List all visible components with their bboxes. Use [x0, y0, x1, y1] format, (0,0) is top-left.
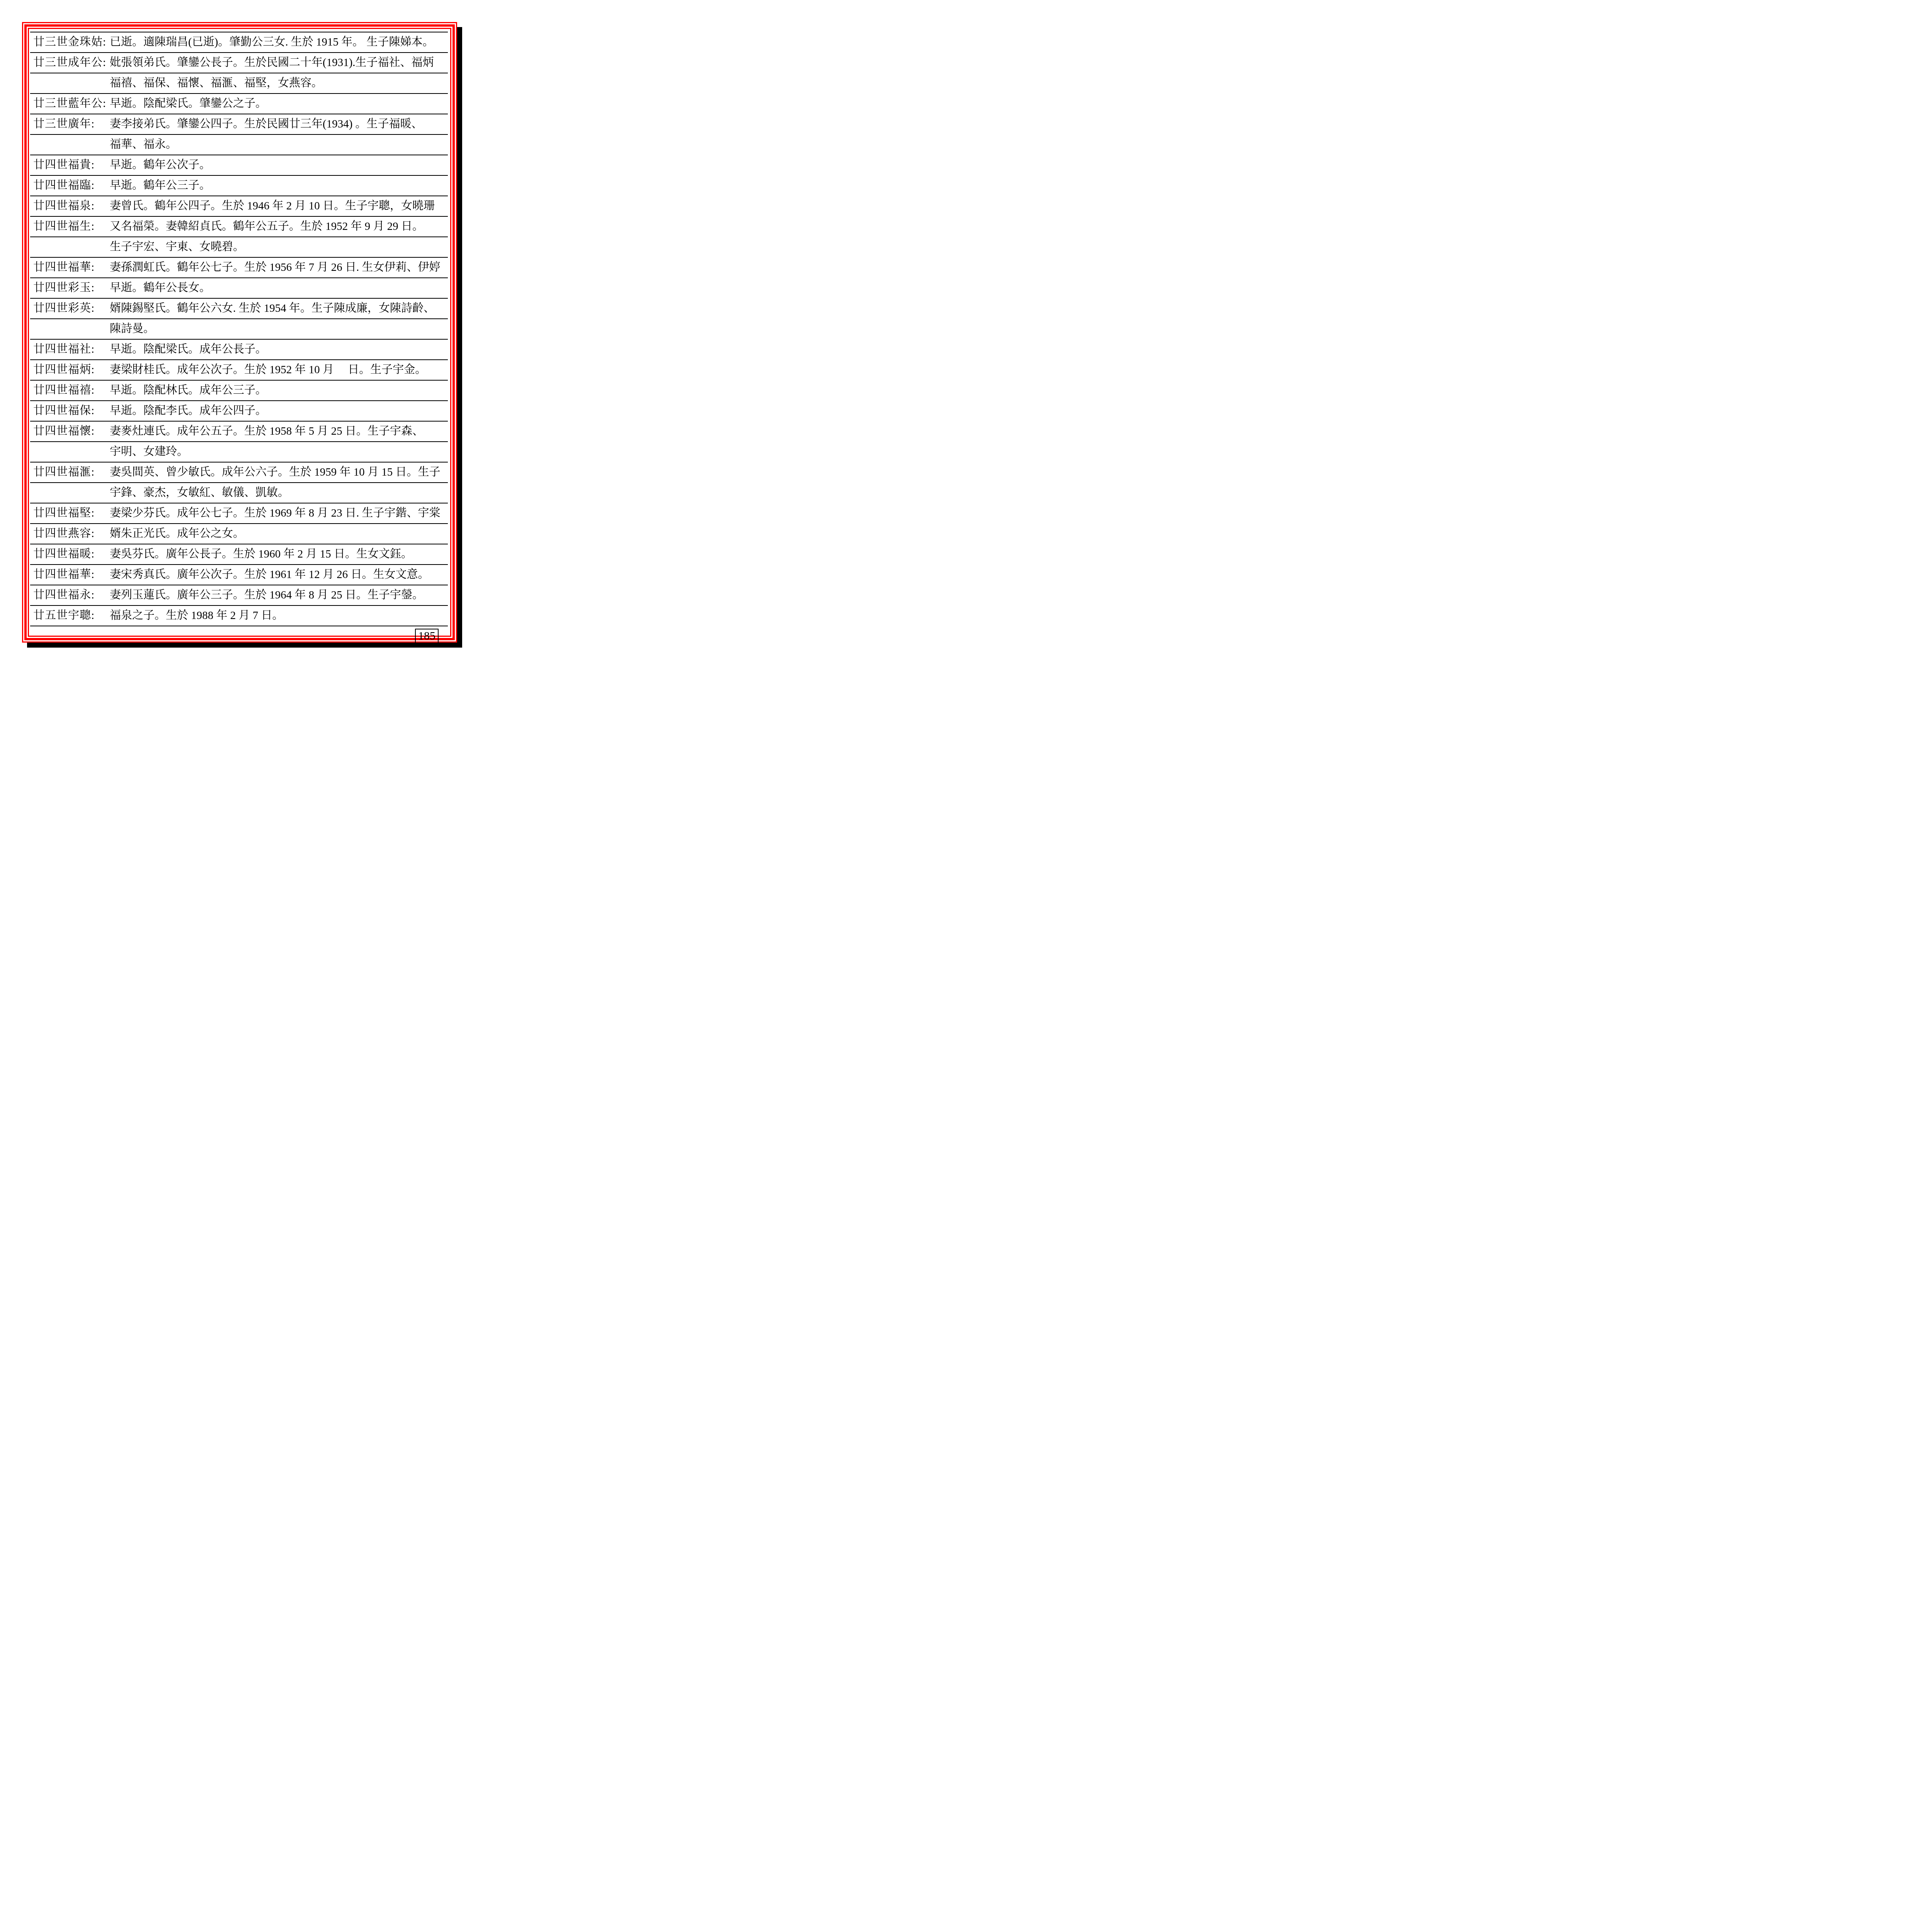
entry-label: 廿四世福泉: — [30, 200, 110, 212]
genealogy-table: 廿三世金珠姑:已逝。適陳瑞昌(已逝)。肇勤公三女. 生於 1915 年。 生子陳… — [30, 32, 448, 667]
entry-row: 廿四世福貴:早逝。鶴年公次子。 — [30, 155, 448, 175]
continuation-text: 宇明、女建玲。 — [110, 446, 448, 457]
entry-text: 婿朱正光氏。成年公之女。 — [110, 528, 448, 539]
entry-label: 廿四世福滙: — [30, 466, 110, 478]
entry-text: 妻吳芬氏。廣年公長子。生於 1960 年 2 月 15 日。生女文鈺。 — [110, 548, 448, 560]
entry-row: 廿四世福臨:早逝。鶴年公三子。 — [30, 175, 448, 196]
bottom-blank-strip — [30, 646, 448, 667]
continuation-row: 福華、福永。 — [30, 134, 448, 155]
entry-text: 早逝。鶴年公次子。 — [110, 159, 448, 171]
entry-text: 妻曾氏。鶴年公四子。生於 1946 年 2 月 10 日。生子宇聰，女曉珊 — [110, 200, 448, 212]
entry-label: 廿四世福社: — [30, 344, 110, 355]
entry-label: 廿四世福堅: — [30, 507, 110, 519]
continuation-text: 陳詩曼。 — [110, 323, 448, 335]
entry-row: 廿四世彩玉:早逝。鶴年公長女。 — [30, 277, 448, 298]
entry-text: 已逝。適陳瑞昌(已逝)。肇勤公三女. 生於 1915 年。 生子陳娣本。 — [110, 36, 448, 48]
entry-row: 廿四世福禧:早逝。陰配林氏。成年公三子。 — [30, 380, 448, 400]
continuation-row: 生子宇宏、宇東、女曉碧。 — [30, 236, 448, 257]
entry-text: 妣張領弟氏。肇鑾公長子。生於民國二十年(1931).生子福社、福炳 — [110, 57, 448, 68]
continuation-row: 宇鋒、豪杰，女敏紅、敏儀、凱敏。 — [30, 482, 448, 503]
page-number: 185 — [415, 629, 439, 644]
entry-row: 廿四世福滙:妻吳間英、曾少敏氏。成年公六子。生於 1959 年 10 月 15 … — [30, 462, 448, 482]
continuation-text: 生子宇宏、宇東、女曉碧。 — [110, 241, 448, 253]
red-frame-outer: 廿三世金珠姑:已逝。適陳瑞昌(已逝)。肇勤公三女. 生於 1915 年。 生子陳… — [22, 22, 457, 643]
entry-label: 廿四世福華: — [30, 569, 110, 580]
red-frame-middle: 廿三世金珠姑:已逝。適陳瑞昌(已逝)。肇勤公三女. 生於 1915 年。 生子陳… — [24, 24, 455, 640]
entry-text: 婿陳錫堅氏。鶴年公六女. 生於 1954 年。生子陳成廉，女陳詩齡、 — [110, 303, 448, 314]
continuation-row: 陳詩曼。 — [30, 318, 448, 339]
entry-label: 廿四世福禧: — [30, 384, 110, 396]
entry-label: 廿五世宇聰: — [30, 610, 110, 621]
entry-text: 早逝。鶴年公三子。 — [110, 180, 448, 191]
entry-label: 廿四世福暖: — [30, 548, 110, 560]
entry-row: 廿四世燕容:婿朱正光氏。成年公之女。 — [30, 523, 448, 544]
entry-label: 廿四世福永: — [30, 589, 110, 601]
entry-label: 廿四世福保: — [30, 405, 110, 417]
entry-text: 早逝。鶴年公長女。 — [110, 282, 448, 294]
entry-text: 妻列玉蓮氏。廣年公三子。生於 1964 年 8 月 25 日。生子宇鎣。 — [110, 589, 448, 601]
entry-text: 妻吳間英、曾少敏氏。成年公六子。生於 1959 年 10 月 15 日。生子 — [110, 466, 448, 478]
entry-row: 廿五世宇聰:福泉之子。生於 1988 年 2 月 7 日。 — [30, 605, 448, 626]
continuation-text: 宇鋒、豪杰，女敏紅、敏儀、凱敏。 — [110, 487, 448, 498]
entry-row: 廿四世福保:早逝。陰配李氏。成年公四子。 — [30, 400, 448, 421]
entry-row: 廿四世福炳:妻梁財桂氏。成年公次子。生於 1952 年 10 月 日。生子宇金。 — [30, 359, 448, 380]
entry-row: 廿四世福堅:妻梁少芬氏。成年公七子。生於 1969 年 8 月 23 日. 生子… — [30, 503, 448, 523]
entry-text: 妻梁少芬氏。成年公七子。生於 1969 年 8 月 23 日. 生子宇鍇、宇棠 — [110, 507, 448, 519]
entry-text: 早逝。陰配李氏。成年公四子。 — [110, 405, 448, 417]
entry-text: 早逝。陰配梁氏。肇鑾公之子。 — [110, 98, 448, 109]
entry-label: 廿四世福懷: — [30, 425, 110, 437]
entry-text: 妻李接弟氏。肇鑾公四子。生於民國廿三年(1934) 。生子福暖、 — [110, 118, 448, 130]
entry-row: 廿四世福社:早逝。陰配梁氏。成年公長子。 — [30, 339, 448, 359]
entry-row: 廿三世成年公:妣張領弟氏。肇鑾公長子。生於民國二十年(1931).生子福社、福炳 — [30, 52, 448, 73]
entry-row: 廿四世彩英:婿陳錫堅氏。鶴年公六女. 生於 1954 年。生子陳成廉，女陳詩齡、 — [30, 298, 448, 318]
entry-text: 早逝。陰配林氏。成年公三子。 — [110, 384, 448, 396]
entry-row: 廿四世福生:又名福榮。妻韓紹貞氏。鶴年公五子。生於 1952 年 9 月 29 … — [30, 216, 448, 236]
entry-label: 廿四世福炳: — [30, 364, 110, 376]
entry-label: 廿三世藍年公: — [30, 98, 110, 109]
entry-row: 廿三世廣年:妻李接弟氏。肇鑾公四子。生於民國廿三年(1934) 。生子福暖、 — [30, 114, 448, 134]
red-frame-inner: 廿三世金珠姑:已逝。適陳瑞昌(已逝)。肇勤公三女. 生於 1915 年。 生子陳… — [28, 28, 451, 637]
entry-label: 廿三世廣年: — [30, 118, 110, 130]
entry-label: 廿四世彩玉: — [30, 282, 110, 294]
entry-label: 廿四世福貴: — [30, 159, 110, 171]
continuation-row: 宇明、女建玲。 — [30, 441, 448, 462]
entry-text: 早逝。陰配梁氏。成年公長子。 — [110, 344, 448, 355]
entry-label: 廿三世成年公: — [30, 57, 110, 68]
entry-row: 廿四世福華:妻宋秀真氏。廣年公次子。生於 1961 年 12 月 26 日。生女… — [30, 564, 448, 585]
page-number-row: 185 — [30, 626, 448, 646]
entry-row: 廿四世福永:妻列玉蓮氏。廣年公三子。生於 1964 年 8 月 25 日。生子宇… — [30, 585, 448, 605]
entry-row: 廿四世福泉:妻曾氏。鶴年公四子。生於 1946 年 2 月 10 日。生子宇聰，… — [30, 196, 448, 216]
entry-label: 廿三世金珠姑: — [30, 36, 110, 48]
entry-text: 妻宋秀真氏。廣年公次子。生於 1961 年 12 月 26 日。生女文意。 — [110, 569, 448, 580]
continuation-row: 福禧、福保、福懷、福滙、福堅，女燕容。 — [30, 73, 448, 93]
entry-row: 廿四世福暖:妻吳芬氏。廣年公長子。生於 1960 年 2 月 15 日。生女文鈺… — [30, 544, 448, 564]
genealogy-page: 廿三世金珠姑:已逝。適陳瑞昌(已逝)。肇勤公三女. 生於 1915 年。 生子陳… — [22, 22, 457, 643]
entry-label: 廿四世福臨: — [30, 180, 110, 191]
entry-text: 福泉之子。生於 1988 年 2 月 7 日。 — [110, 610, 448, 621]
entry-row: 廿四世福華:妻孫潤虹氏。鶴年公七子。生於 1956 年 7 月 26 日. 生女… — [30, 257, 448, 277]
entry-text: 又名福榮。妻韓紹貞氏。鶴年公五子。生於 1952 年 9 月 29 日。 — [110, 221, 448, 232]
entry-label: 廿四世彩英: — [30, 303, 110, 314]
entry-label: 廿四世福華: — [30, 262, 110, 273]
entry-text: 妻麥灶連氏。成年公五子。生於 1958 年 5 月 25 日。生子宇森、 — [110, 425, 448, 437]
entry-text: 妻梁財桂氏。成年公次子。生於 1952 年 10 月 日。生子宇金。 — [110, 364, 448, 376]
entry-text: 妻孫潤虹氏。鶴年公七子。生於 1956 年 7 月 26 日. 生女伊莉、伊婷 — [110, 262, 448, 273]
continuation-text: 福禧、福保、福懷、福滙、福堅，女燕容。 — [110, 77, 448, 89]
entry-row: 廿三世藍年公:早逝。陰配梁氏。肇鑾公之子。 — [30, 93, 448, 114]
continuation-text: 福華、福永。 — [110, 139, 448, 150]
entry-label: 廿四世燕容: — [30, 528, 110, 539]
entry-label: 廿四世福生: — [30, 221, 110, 232]
entry-row: 廿四世福懷:妻麥灶連氏。成年公五子。生於 1958 年 5 月 25 日。生子宇… — [30, 421, 448, 441]
entry-row: 廿三世金珠姑:已逝。適陳瑞昌(已逝)。肇勤公三女. 生於 1915 年。 生子陳… — [30, 32, 448, 52]
